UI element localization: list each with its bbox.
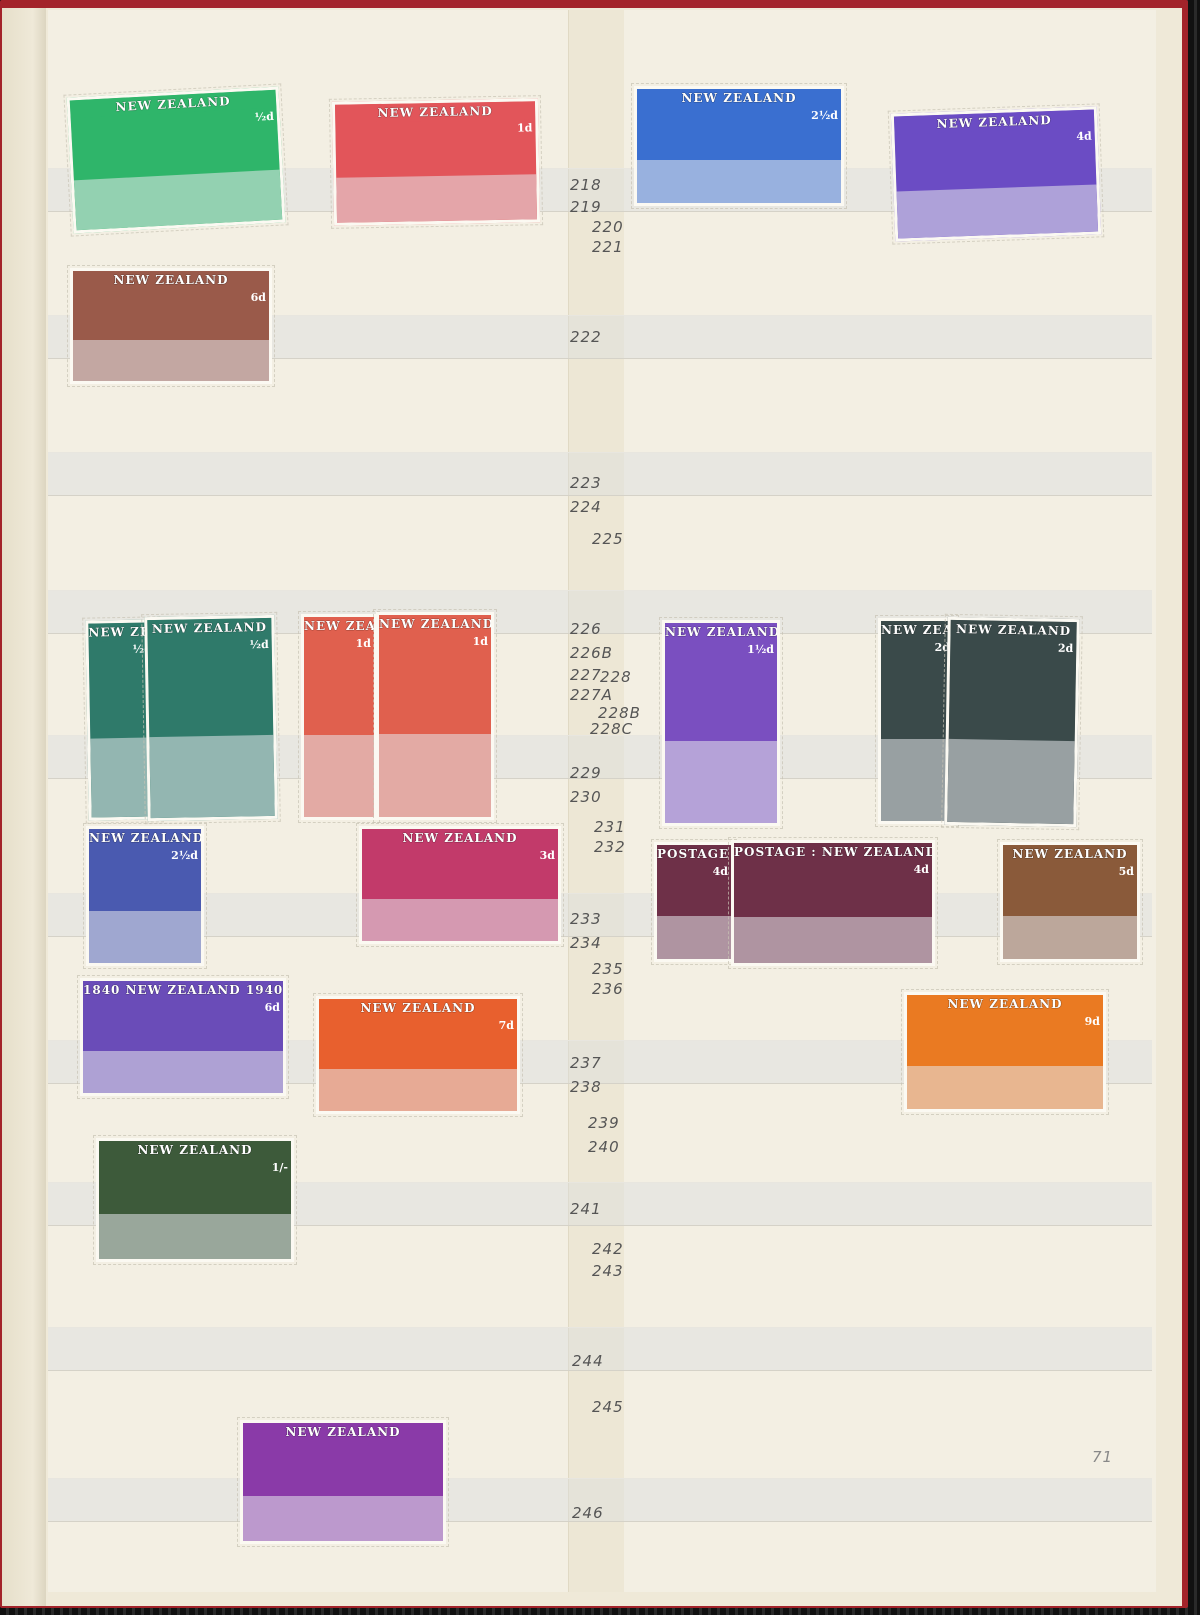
catalogue-number-note: 237 — [570, 1054, 602, 1072]
stamp-value: 7d — [499, 1019, 514, 1032]
catalogue-number-note: 232 — [594, 838, 626, 856]
glassine-overlay — [1003, 916, 1137, 959]
stamp-vignette: 1d — [335, 119, 537, 222]
catalogue-number-note: 235 — [592, 960, 624, 978]
stamp-value: ½d — [249, 638, 268, 651]
catalogue-number-note: 225 — [592, 530, 624, 548]
stamp-value: 3d — [540, 849, 555, 862]
glassine-overlay — [379, 734, 491, 817]
stamp-value: 4d — [914, 863, 929, 876]
stamp-title: NEW ZEALAND — [89, 829, 201, 847]
stamp: NEW ZEALAND9d — [904, 992, 1106, 1112]
catalogue-number-note: 220 — [592, 218, 624, 236]
stamp-vignette — [243, 1441, 443, 1541]
stamp-title: NEW ZEALAND — [665, 623, 777, 641]
catalogue-number-note: 242 — [592, 1240, 624, 1258]
stamp-title: NEW ZEALAND — [304, 617, 374, 635]
glassine-overlay — [243, 1496, 443, 1541]
glassine-overlay — [637, 160, 841, 203]
catalogue-number-note: 228 — [600, 668, 632, 686]
stamp: NEW ZEALAND½d — [67, 87, 286, 234]
catalogue-number-note: 245 — [592, 1398, 624, 1416]
stamp: NEW ZEALAND2½d — [634, 86, 844, 206]
stamp: NEW ZEALAND1½d — [662, 620, 780, 826]
stamp-vignette: 2d — [947, 638, 1076, 824]
glassine-overlay — [89, 911, 201, 963]
stamp-vignette: 3d — [362, 847, 558, 941]
stamp-title: NEW ZEALAND — [73, 271, 269, 289]
catalogue-number-note: 240 — [588, 1138, 620, 1156]
stamp: NEW ZEALAND1d — [332, 98, 540, 226]
stamp: POSTAGE : NEW ZEALAND : REVENUE4d — [731, 840, 935, 966]
catalogue-number-note: 223 — [570, 474, 602, 492]
stamp-value: 2d — [1058, 642, 1074, 655]
stamp-vignette: 2d — [881, 639, 953, 821]
catalogue-number-note: 224 — [570, 498, 602, 516]
catalogue-number-note: 234 — [570, 934, 602, 952]
stamp: 1840 NEW ZEALAND 19406d — [80, 978, 286, 1096]
stamp: NEW ZEALAND1d — [376, 612, 494, 820]
glassine-overlay — [734, 917, 932, 963]
glassine-overlay — [74, 169, 282, 230]
stamp-vignette: 1d — [379, 633, 491, 817]
stamp-vignette: 7d — [319, 1017, 517, 1111]
glassine-overlay — [665, 741, 777, 823]
stamp-vignette: ½d — [148, 636, 275, 818]
stamp: POSTAGE : NEW4d — [654, 842, 734, 962]
stamp-title: NEW ZEALAND — [637, 89, 841, 107]
catalogue-number-note: 244 — [572, 1352, 604, 1370]
stamp: NEW ZEALAND6d — [70, 268, 272, 384]
stamp-title: NEW ZEALAND — [99, 1141, 291, 1159]
stamp-value: 6d — [265, 1001, 280, 1014]
stamp-title: NEW ZEALAND — [243, 1423, 443, 1441]
stamp-value: 9d — [1085, 1015, 1100, 1028]
stamp-value: 4d — [713, 865, 728, 878]
stamp: NEW ZEALAND7d — [316, 996, 520, 1114]
stamp-vignette: 1/- — [99, 1159, 291, 1259]
catalogue-number-note: 238 — [570, 1078, 602, 1096]
glassine-overlay — [362, 899, 558, 941]
stamp-title: POSTAGE : NEW ZEALAND : REVENUE — [734, 843, 932, 861]
stamp-title: 1840 NEW ZEALAND 1940 — [83, 981, 283, 999]
stamp-title: NEW ZEALAND — [907, 995, 1103, 1013]
page-gutter — [2, 8, 46, 1606]
catalogue-number-note: 246 — [572, 1504, 604, 1522]
stamp-title: NEW ZEALAND — [1003, 845, 1137, 863]
stamp-vignette: 2½d — [637, 107, 841, 203]
stamp-title: POSTAGE : NEW — [657, 845, 731, 863]
stamp-vignette: 6d — [83, 999, 283, 1093]
stamp: NEW ZEALAND2d — [944, 617, 1080, 827]
catalogue-number-note: 241 — [570, 1200, 602, 1218]
catalogue-number-note: 229 — [570, 764, 602, 782]
stamp-vignette: 2½d — [89, 847, 201, 963]
stamp-vignette: 1½d — [665, 641, 777, 823]
stamp-vignette: 4d — [734, 861, 932, 963]
stamp-title: NEW ZEALAND — [881, 621, 953, 639]
stamp-value: 1½d — [747, 643, 774, 656]
stamp-value: 4d — [1076, 130, 1092, 144]
glassine-overlay — [336, 174, 537, 222]
stamp-value: 6d — [251, 291, 266, 304]
stamp-value: 2½d — [811, 109, 838, 122]
catalogue-number-note: 226B — [570, 644, 613, 662]
stamp-title: NEW ZEALAND — [379, 615, 491, 633]
stamp: NEW ZEALAND3d — [359, 826, 561, 944]
stamp-value: 1d — [517, 121, 533, 134]
glassine-overlay — [947, 739, 1074, 824]
stamp-title: NEW ZEALAND — [950, 620, 1076, 640]
stamp: NEW ZEALAND1/- — [96, 1138, 294, 1262]
catalogue-number-note: 243 — [592, 1262, 624, 1280]
catalogue-number-note: 239 — [588, 1114, 620, 1132]
glassine-overlay — [881, 739, 953, 821]
stamp-vignette: 6d — [73, 289, 269, 381]
glassine-overlay — [657, 916, 731, 959]
catalogue-number-note: 221 — [592, 238, 624, 256]
stamp-vignette: 5d — [1003, 863, 1137, 959]
stamp-value: 1d — [356, 637, 371, 650]
stamp-value: 2½d — [171, 849, 198, 862]
glassine-overlay — [73, 340, 269, 381]
stamp-vignette: 9d — [907, 1013, 1103, 1109]
stamp-title: NEW ZEALAND — [319, 999, 517, 1017]
catalogue-number-note: 219 — [570, 198, 602, 216]
catalogue-number-note: 227 — [570, 666, 602, 684]
stamp: NEW ZEALAND4d — [891, 106, 1101, 241]
glassine-overlay — [319, 1069, 517, 1111]
stamp-vignette: 4d — [895, 128, 1099, 239]
stamp-title: NEW ZEALAND — [147, 618, 271, 638]
stamp-title: NEW ZEALAND — [362, 829, 558, 847]
glassine-overlay — [897, 185, 1099, 239]
glassine-overlay — [304, 735, 374, 817]
glassine-overlay — [83, 1051, 283, 1093]
catalogue-number-note: 218 — [570, 176, 602, 194]
stamp: NEW ZEALAND2½d — [86, 826, 204, 966]
stamp-value: 1d — [473, 635, 488, 648]
stamp-vignette: 4d — [657, 863, 731, 959]
stamp: NEW ZEALAND5d — [1000, 842, 1140, 962]
stamp-value: 1/- — [272, 1161, 288, 1174]
catalogue-number-note: 233 — [570, 910, 602, 928]
glassine-overlay — [149, 735, 274, 818]
catalogue-number-note: 230 — [570, 788, 602, 806]
stamp-value: ½d — [254, 110, 274, 124]
catalogue-number-note: 236 — [592, 980, 624, 998]
stamp: NEW ZEALAND — [240, 1420, 446, 1544]
catalogue-number-note: 226 — [570, 620, 602, 638]
catalogue-number-note: 222 — [570, 328, 602, 346]
glassine-overlay — [907, 1066, 1103, 1109]
catalogue-number-note: 228C — [590, 720, 633, 738]
catalogue-number-note: 231 — [594, 818, 626, 836]
stamp: NEW ZEALAND½d — [144, 615, 278, 821]
stamp: NEW ZEALAND1d — [301, 614, 377, 820]
stamp-value: 5d — [1119, 865, 1134, 878]
catalogue-number-note: 227A — [570, 686, 613, 704]
stamp-vignette: ½d — [71, 108, 283, 231]
stamp-vignette: 1d — [304, 635, 374, 817]
page-number-note: 71 — [1092, 1448, 1113, 1466]
glassine-overlay — [99, 1214, 291, 1259]
